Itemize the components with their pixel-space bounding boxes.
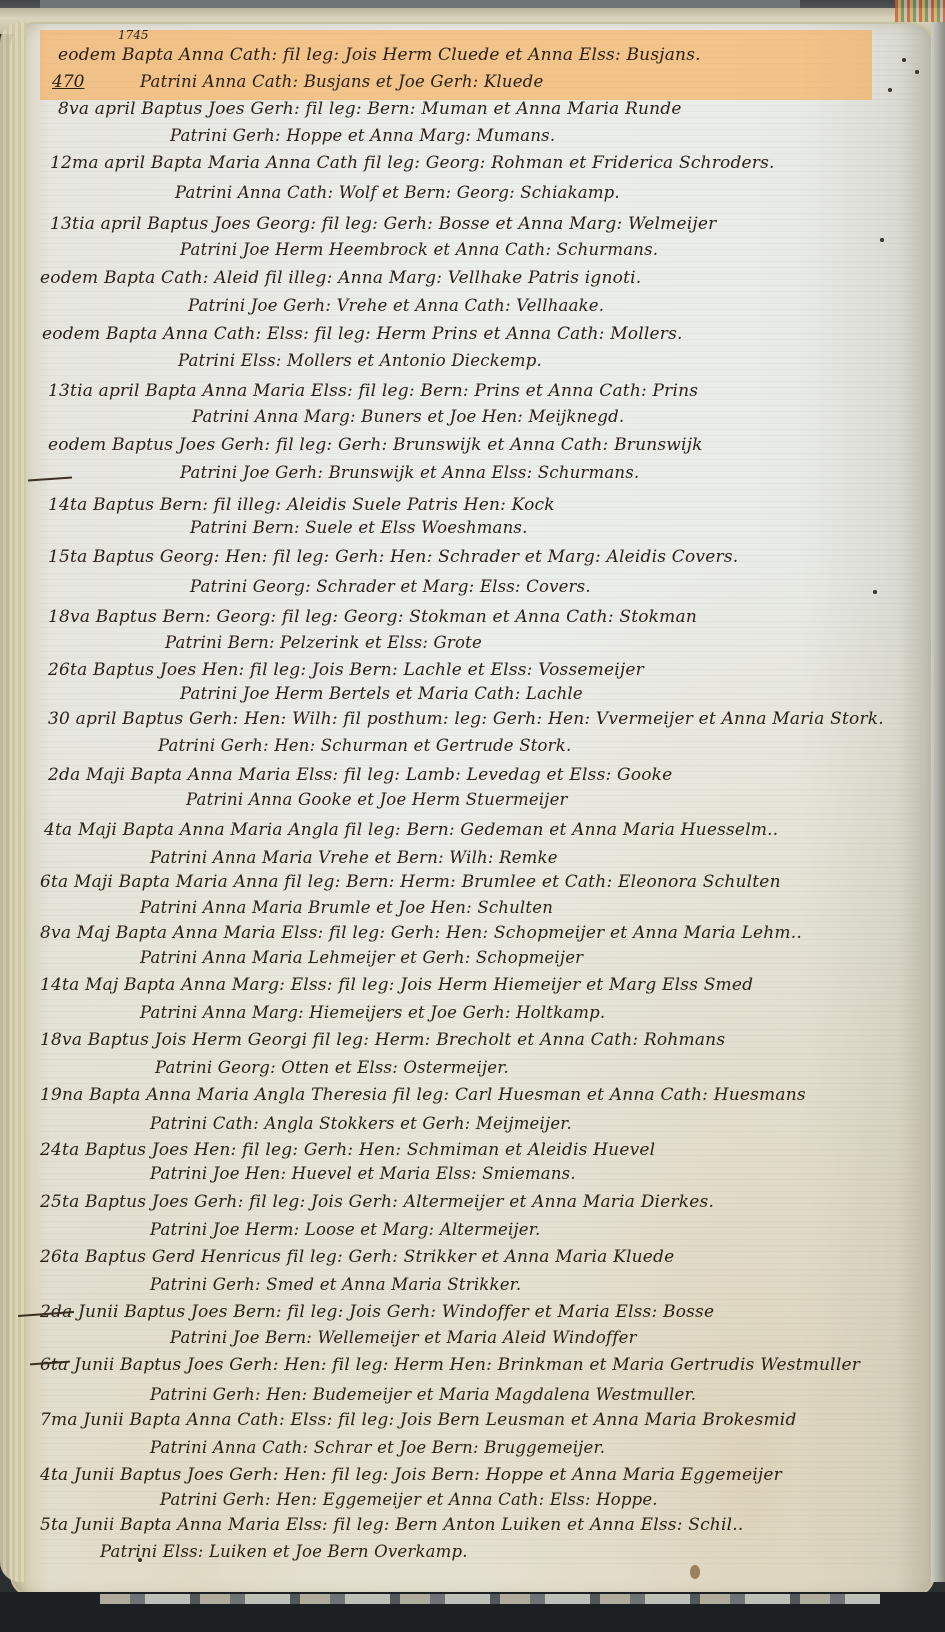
scanned-register-page: 1745 470 eodem Bapta Anna Cath: fil leg:… — [0, 0, 945, 1632]
entry-record: 4ta Junii Baptus Joes Gerh: Hen: fil leg… — [40, 1465, 782, 1485]
entry-record: 12ma april Bapta Maria Anna Cath fil leg… — [50, 153, 775, 173]
entry-record: 25ta Baptus Joes Gerh: fil leg: Jois Ger… — [40, 1192, 714, 1212]
entry-record-highlighted: eodem Bapta Anna Cath: fil leg: Jois Her… — [58, 45, 701, 65]
entry-record: 8va april Baptus Joes Gerh: fil leg: Ber… — [58, 99, 682, 119]
entry-record: 18va Baptus Bern: Georg: fil leg: Georg:… — [48, 607, 697, 627]
entry-record: 14ta Baptus Bern: fil illeg: Aleidis Sue… — [48, 495, 555, 515]
ink-speck — [873, 590, 877, 594]
entry-godparents-highlighted: Patrini Anna Cath: Busjans et Joe Gerh: … — [140, 72, 543, 91]
entry-record: eodem Bapta Anna Cath: Elss: fil leg: He… — [42, 324, 683, 344]
entry-record: eodem Baptus Joes Gerh: fil leg: Gerh: B… — [48, 435, 703, 455]
entry-godparents: Patrini Joe Herm: Loose et Marg: Alterme… — [150, 1220, 540, 1239]
entry-record: 4ta Maji Bapta Anna Maria Angla fil leg:… — [44, 820, 778, 840]
entry-record: 2da Junii Baptus Joes Bern: fil leg: Joi… — [40, 1302, 714, 1322]
entry-godparents: Patrini Bern: Pelzerink et Elss: Grote — [165, 633, 482, 652]
entry-record: 26ta Baptus Joes Hen: fil leg: Jois Bern… — [48, 660, 644, 680]
entry-godparents: Patrini Bern: Suele et Elss Woeshmans. — [190, 518, 528, 537]
entry-godparents: Patrini Anna Marg: Buners et Joe Hen: Me… — [192, 407, 624, 426]
entry-godparents: Patrini Anna Marg: Hiemeijers et Joe Ger… — [140, 1003, 605, 1022]
entry-godparents: Patrini Anna Maria Lehmeijer et Gerh: Sc… — [140, 948, 583, 967]
entry-record: 30 april Baptus Gerh: Hen: Wilh: fil pos… — [48, 709, 884, 729]
entry-godparents: Patrini Gerh: Hen: Eggemeijer et Anna Ca… — [160, 1490, 658, 1509]
entry-godparents: Patrini Elss: Luiken et Joe Bern Overkam… — [100, 1542, 468, 1561]
entry-godparents: Patrini Anna Maria Vrehe et Bern: Wilh: … — [150, 848, 558, 867]
entry-record: eodem Bapta Cath: Aleid fil illeg: Anna … — [40, 268, 641, 288]
entry-record: 2da Maji Bapta Anna Maria Elss: fil leg:… — [48, 765, 672, 785]
entry-record: 26ta Baptus Gerd Henricus fil leg: Gerh:… — [40, 1247, 674, 1267]
entry-record: 5ta Junii Bapta Anna Maria Elss: fil leg… — [40, 1515, 743, 1535]
entry-godparents: Patrini Gerh: Hen: Budemeijer et Maria M… — [150, 1385, 696, 1404]
entry-record: 7ma Junii Bapta Anna Cath: Elss: fil leg… — [40, 1410, 797, 1430]
entry-record: 14ta Maj Bapta Anna Marg: Elss: fil leg:… — [40, 975, 753, 995]
entry-godparents: Patrini Joe Bern: Wellemeijer et Maria A… — [170, 1328, 637, 1347]
ink-speck — [888, 88, 892, 92]
entry-record: 24ta Baptus Joes Hen: fil leg: Gerh: Hen… — [40, 1140, 655, 1160]
ink-speck — [138, 1558, 142, 1562]
entry-godparents: Patrini Georg: Otten et Elss: Ostermeije… — [155, 1058, 509, 1077]
entry-godparents: Patrini Georg: Schrader et Marg: Elss: C… — [190, 577, 591, 596]
entry-godparents: Patrini Cath: Angla Stokkers et Gerh: Me… — [150, 1114, 572, 1133]
entry-godparents: Patrini Anna Maria Brumle et Joe Hen: Sc… — [140, 898, 553, 917]
entry-record: 15ta Baptus Georg: Hen: fil leg: Gerh: H… — [48, 547, 738, 567]
entry-record: 8va Maj Bapta Anna Maria Elss: fil leg: … — [40, 923, 802, 943]
entry-godparents: Patrini Gerh: Hoppe et Anna Marg: Mumans… — [170, 126, 555, 145]
entry-godparents: Patrini Elss: Mollers et Antonio Dieckem… — [178, 351, 542, 370]
entry-record: 13tia april Bapta Anna Maria Elss: fil l… — [48, 381, 698, 401]
entry-godparents: Patrini Joe Hen: Huevel et Maria Elss: S… — [150, 1164, 576, 1183]
entry-godparents: Patrini Gerh: Smed et Anna Maria Strikke… — [150, 1275, 521, 1294]
entry-godparents: Patrini Joe Herm Heembrock et Anna Cath:… — [180, 240, 658, 259]
ink-speck — [915, 70, 919, 74]
entry-record: 19na Bapta Anna Maria Angla Theresia fil… — [40, 1085, 806, 1105]
ink-speck — [902, 58, 906, 62]
entry-godparents: Patrini Joe Herm Bertels et Maria Cath: … — [180, 684, 583, 703]
entry-godparents: Patrini Anna Cath: Wolf et Bern: Georg: … — [175, 183, 620, 202]
entry-record: 6ta Maji Bapta Maria Anna fil leg: Bern:… — [40, 872, 781, 892]
entry-godparents: Patrini Gerh: Hen: Schurman et Gertrude … — [158, 736, 571, 755]
entry-godparents: Patrini Anna Gooke et Joe Herm Stuermeij… — [186, 790, 568, 809]
entry-godparents: Patrini Joe Gerh: Brunswijk et Anna Elss… — [180, 463, 639, 482]
entry-record: 13tia april Baptus Joes Georg: fil leg: … — [50, 214, 716, 234]
baptism-entries: eodem Bapta Anna Cath: fil leg: Jois Her… — [0, 0, 945, 1632]
entry-record: 18va Baptus Jois Herm Georgi fil leg: He… — [40, 1030, 725, 1050]
entry-record: 6ta Junii Baptus Joes Gerh: Hen: fil leg… — [40, 1355, 860, 1375]
entry-godparents: Patrini Joe Gerh: Vrehe et Anna Cath: Ve… — [188, 296, 604, 315]
ink-speck — [880, 238, 884, 242]
entry-godparents: Patrini Anna Cath: Schrar et Joe Bern: B… — [150, 1438, 605, 1457]
